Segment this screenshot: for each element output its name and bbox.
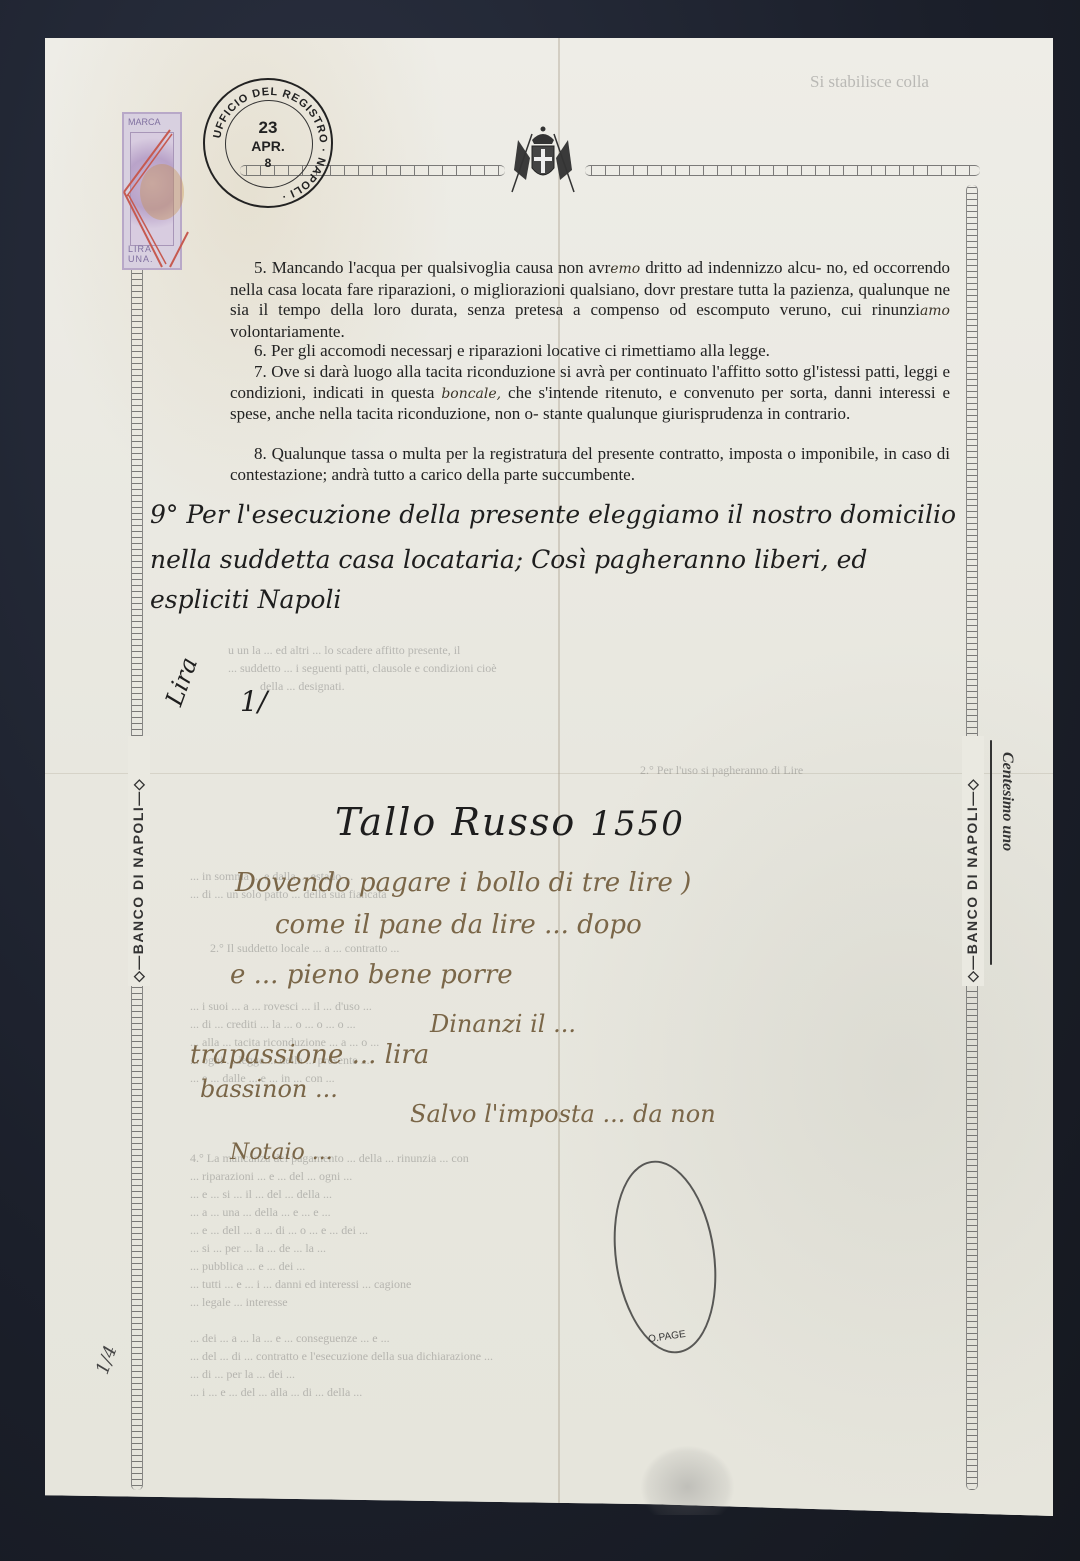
stamp-cancel-mark-icon (122, 112, 192, 272)
faint-header-text: Si stabilisce colla (810, 73, 929, 90)
faint-print-row: ... riparazioni ... e ... del ... ogni .… (190, 1168, 352, 1185)
postmark-month: APR. (205, 138, 331, 154)
denomination-label: Centesimo uno (998, 752, 1016, 851)
clause-5-line-4: a compenso od escomputo veruno, cui rinu… (573, 300, 920, 319)
faint-print-row: ... i suoi ... a ... rovesci ... il ... … (190, 998, 372, 1015)
clause-6: 6. Per gli accomodi necessarj e riparazi… (230, 341, 950, 362)
handwritten-clause-9-line-2: nella suddetta casa locataria; Così pagh… (150, 545, 867, 574)
clause-7: 7. Ove si darà luogo alla tacita ricondu… (230, 362, 950, 425)
clause-7-line-1: Ove si darà luogo alla tacita riconduzio… (271, 362, 798, 381)
clause-5-handwritten-insert-2: amo (920, 303, 950, 319)
clause-5-number: 5. (254, 258, 267, 277)
clause-7-number: 7. (254, 362, 267, 381)
clause-8-line-1: Qualunque tassa o multa per la registrat… (272, 444, 796, 463)
clause-5: 5. Mancando l'acqua per qualsivoglia cau… (230, 258, 950, 342)
brown-note-line-7: Salvo l'imposta ... da non (410, 1100, 716, 1128)
faint-print-row: ... dei ... a ... la ... e ... conseguen… (190, 1330, 390, 1347)
brown-note-line-8: Notaio ... (230, 1140, 333, 1165)
brown-note-line-1: Dovendo pagare i bollo di tre lire ) (235, 868, 691, 898)
faint-print-row: ... di ... per la ... dei ... (190, 1366, 295, 1383)
handwritten-heading-name: Tallo Russo (335, 800, 576, 844)
registry-postmark: UFFICIO DEL REGISTRO · NAPOLI · 23 APR. … (203, 78, 333, 208)
clause-5-line-1b: dritto ad indennizzo alcu- (645, 258, 821, 277)
clause-7-line-2b: che s'intende ritenuto, (508, 383, 662, 402)
faint-print-row: ... di ... crediti ... la ... o ... o ..… (190, 1016, 356, 1033)
savoy-crest-icon (508, 120, 578, 200)
faint-print-row: ... e ... dell ... a ... di ... o ... e … (190, 1222, 368, 1239)
faint-print-row: ... pubblica ... e ... dei ... (190, 1258, 305, 1275)
faint-print-row: ... tutti ... e ... i ... danni ed inter… (190, 1276, 411, 1293)
handwritten-heading: Tallo Russo 1550 (335, 800, 685, 844)
faint-print-row: ... e ... si ... il ... del ... della ..… (190, 1186, 332, 1203)
clause-8: 8. Qualunque tassa o multa per la regist… (230, 444, 950, 485)
denomination-brace (990, 740, 992, 965)
brown-note-line-2: come il pane da lire ... dopo (275, 910, 642, 940)
clause-6-text: Per gli accomodi necessarj e riparazioni… (271, 341, 770, 360)
right-side-label: ◇—BANCO DI NAPOLI—◇ (964, 778, 981, 982)
top-border-chain-right (585, 165, 980, 176)
faint-print-row: 2.° Il suddetto locale ... a ... contrat… (210, 940, 399, 957)
faint-print-row: ... a ... una ... della ... e ... e ... (190, 1204, 331, 1221)
faint-print-line-1: u un la ... ed altri ... lo scadere affi… (228, 642, 460, 659)
clause-5-handwritten-insert-1: emo (610, 261, 640, 277)
oval-stamp-label: O.PAGE (648, 1329, 687, 1345)
faint-print-line-3: della ... designati. (260, 678, 345, 695)
faint-print-row: ... si ... per ... la ... de ... la ... (190, 1240, 326, 1257)
margin-note-amount: 1/ (240, 685, 267, 718)
faint-print-mid: 2.° Per l'uso si pagheranno di Lire (640, 762, 803, 779)
clause-7-line-4: stante qualunque giurisprudenza in contr… (543, 404, 850, 423)
faint-print-row: ... legale ... interesse (190, 1294, 288, 1311)
faint-print-row: ... i ... e ... del ... alla ... di ... … (190, 1384, 362, 1401)
handwritten-clause-9-line-3: espliciti Napoli (150, 585, 341, 614)
brown-note-line-5: trapassione ... lira (190, 1040, 429, 1070)
clause-7-handwritten-insert: boncale, (441, 386, 501, 402)
postmark-day: 23 (205, 118, 331, 138)
clause-8-number: 8. (254, 444, 267, 463)
clause-5-line-1: Mancando l'acqua per qualsivoglia causa … (272, 258, 611, 277)
clause-5-line-4b: volontariamente. (230, 322, 345, 341)
brown-note-line-4: Dinanzi il ... (430, 1010, 576, 1038)
horizontal-fold-line (45, 773, 1053, 774)
faint-print-line-2: ... suddetto ... i seguenti patti, claus… (228, 660, 497, 677)
faint-stamp-bleed (640, 1445, 735, 1515)
postmark-year: 8 (205, 156, 331, 170)
faint-print-row: ... del ... di ... contratto e l'esecuzi… (190, 1348, 493, 1365)
left-side-label: ◇—BANCO DI NAPOLI—◇ (130, 778, 147, 982)
handwritten-clause-9-line-1: 9° Per l'esecuzione della presente elegg… (150, 500, 956, 529)
handwritten-heading-number: 1550 (590, 804, 685, 844)
brown-note-line-3: e ... pieno bene porre (230, 960, 513, 990)
clause-6-number: 6. (254, 341, 267, 360)
brown-note-line-6: bassinon ... (200, 1075, 338, 1103)
